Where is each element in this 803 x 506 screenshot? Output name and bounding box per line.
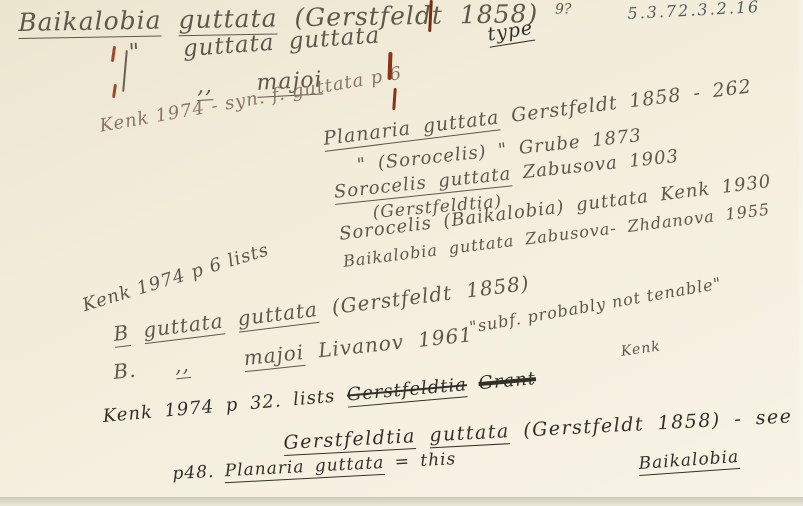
pencil-stroke [122, 50, 128, 92]
equals-this: = this [394, 449, 457, 472]
authority: (Gerstfeldt 1858) [523, 409, 722, 441]
ink-tick-2 [112, 84, 117, 98]
catalog-number: 5.3.72.3.2.16 [627, 0, 761, 23]
subspecies-word: majoi [242, 340, 305, 372]
scan-edge-bottom [0, 497, 803, 506]
struck-word-gerstfeldtia: Gerstfeldtia [346, 374, 468, 407]
index-card: Baikalobia guttata (Gerstfeldt 1858) 9? … [0, 0, 803, 506]
subspecies-word: guttata [236, 297, 319, 333]
kenk-p32-heading: Kenk 1974 p 32. lists [102, 386, 336, 427]
species-word: guttata [429, 420, 511, 448]
title-genus: Baikalobia [18, 5, 162, 38]
struck-word-grant: Grant [478, 368, 537, 394]
kenk-p6-heading: Kenk 1974 p 6 lists [80, 239, 272, 316]
see-reference: - see [734, 405, 793, 430]
entry-authority: Gerstfeldt 1858 - 262 [510, 75, 753, 126]
see-target-baikalobia: Baikalobia [638, 447, 740, 474]
genus-abbr: B. [112, 358, 137, 384]
title-annotation: 9? [555, 1, 572, 17]
see-target-text: Baikalobia [638, 447, 740, 476]
ditto-mark: " [128, 39, 141, 66]
gerstfeldtia-guttata-line: Gerstfeldtia guttata (Gerstfeldt 1858) -… [283, 405, 793, 454]
scan-edge-right [797, 0, 803, 506]
subf-note-signature: Kenk [620, 338, 662, 359]
species-word: guttata [142, 309, 225, 345]
ink-tick-1 [111, 46, 116, 62]
page-ref: p48. [172, 462, 215, 484]
ink-mark-mid-2 [392, 88, 397, 110]
authority: Livanov 1961 [317, 322, 474, 362]
species-name: Planaria guttata [224, 453, 385, 483]
ditto-mark: ,, [173, 352, 190, 379]
